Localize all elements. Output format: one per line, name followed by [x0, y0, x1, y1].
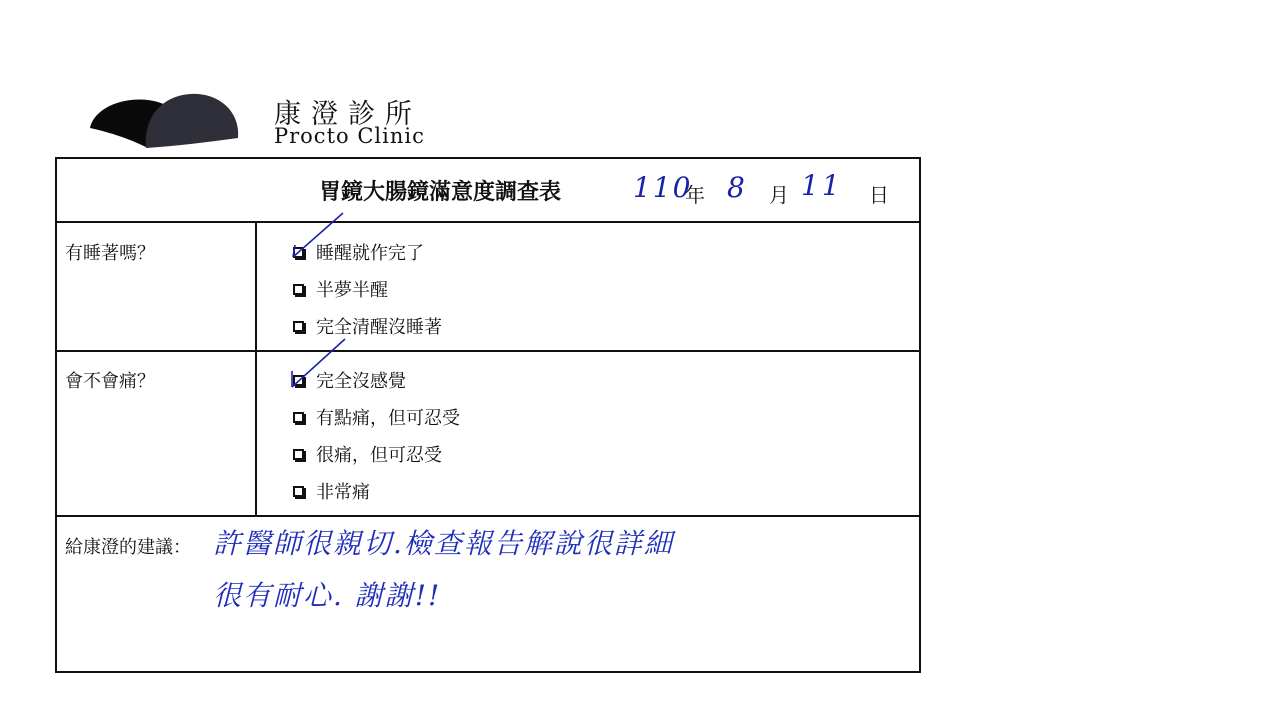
suggestion-label: 給康澄的建議：	[65, 533, 191, 559]
option-sleep-awake[interactable]: 完全清醒沒睡著	[293, 313, 442, 339]
date-year-value[interactable]: 110	[633, 171, 692, 204]
option-label: 很痛，但可忍受	[316, 441, 442, 467]
divider	[57, 350, 919, 352]
date-month-label: 月	[769, 179, 789, 208]
clinic-logo-icon	[88, 92, 240, 152]
handwritten-check-mark-icon	[289, 337, 351, 389]
checkbox-icon[interactable]	[293, 486, 304, 497]
option-label: 非常痛	[316, 478, 370, 504]
column-divider	[255, 221, 257, 517]
option-pain-slight[interactable]: 有點痛，但可忍受	[293, 404, 460, 430]
question-sleep-label: 有睡著嗎？	[65, 239, 155, 265]
date-month-value[interactable]: 8	[727, 171, 745, 204]
date-day-value[interactable]: 11	[801, 169, 843, 202]
question-pain-label: 會不會痛？	[65, 367, 155, 393]
divider	[57, 221, 919, 223]
option-label: 有點痛，但可忍受	[316, 404, 460, 430]
handwritten-comment-line-2[interactable]: 很有耐心. 謝謝!!	[213, 573, 441, 619]
option-sleep-half[interactable]: 半夢半醒	[293, 276, 388, 302]
option-pain-severe[interactable]: 非常痛	[293, 478, 370, 504]
handwritten-comment-line-1[interactable]: 許醫師很親切.檢查報告解說很詳細	[213, 521, 674, 567]
checkbox-icon[interactable]	[293, 284, 304, 295]
checkbox-icon[interactable]	[293, 412, 304, 423]
option-label: 半夢半醒	[316, 276, 388, 302]
divider	[57, 515, 919, 517]
survey-form: 胃鏡大腸鏡滿意度調查表 110 年 8 月 11 日 有睡著嗎？ 睡醒就作完了 …	[55, 157, 921, 673]
option-pain-much[interactable]: 很痛，但可忍受	[293, 441, 442, 467]
date-day-label: 日	[869, 179, 889, 208]
clinic-name-english: Procto Clinic	[274, 124, 425, 148]
option-label: 完全清醒沒睡著	[316, 313, 442, 339]
checkbox-icon[interactable]	[293, 321, 304, 332]
handwritten-check-mark-icon	[291, 211, 351, 259]
checkbox-icon[interactable]	[293, 449, 304, 460]
date-year-label: 年	[685, 179, 705, 208]
form-title: 胃鏡大腸鏡滿意度調查表	[319, 175, 561, 206]
